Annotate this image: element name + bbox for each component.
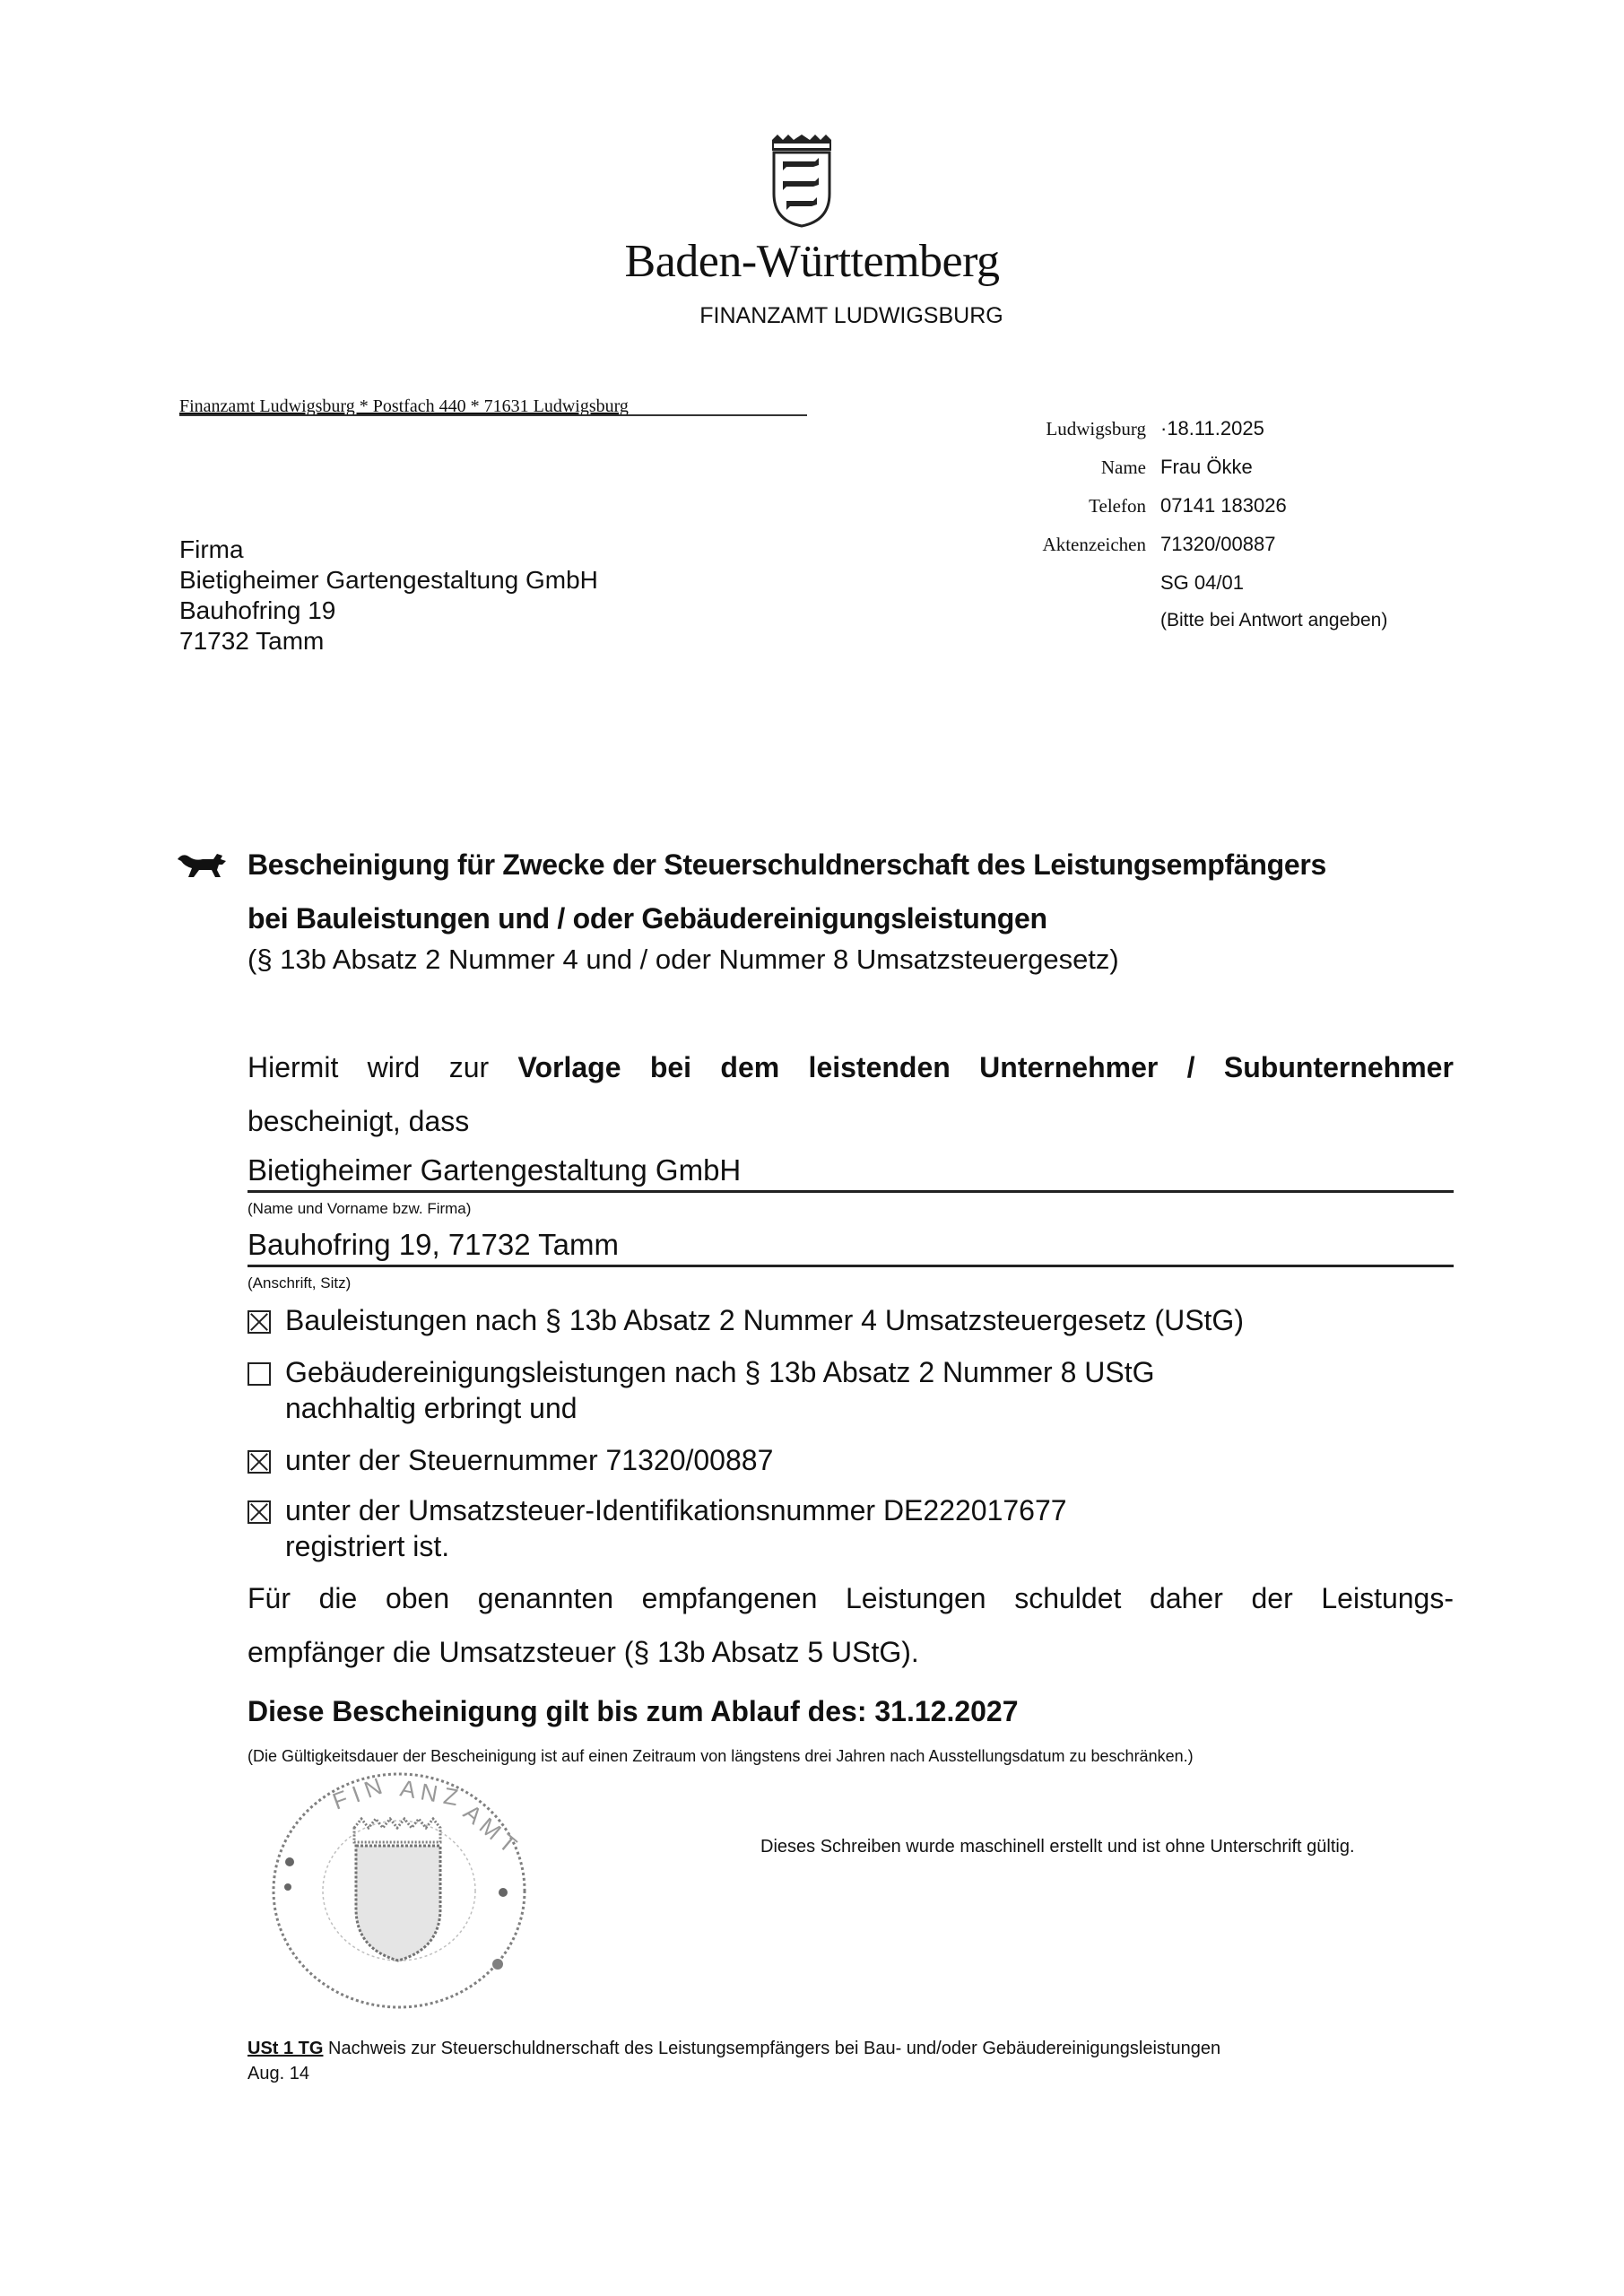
word: schuldet (1014, 1571, 1121, 1625)
info-label: Aktenzeichen (995, 534, 1160, 556)
recipient-line: Firma (179, 535, 598, 565)
form-title: Nachweis zur Steuerschuldnerschaft des L… (328, 2039, 1220, 2058)
word: bei (650, 1040, 691, 1094)
lion-icon (176, 850, 228, 881)
form-reference: USt 1 TG Nachweis zur Steuerschuldnersch… (248, 2036, 1220, 2086)
word: Hiermit (248, 1040, 338, 1094)
info-row-date: Ludwigsburg ·18.11.2025 (995, 417, 1387, 456)
info-row-name: Name Frau Ökke (995, 456, 1387, 494)
return-address-divider (179, 414, 807, 416)
word: Leistungs- (1321, 1571, 1454, 1625)
word: empfangenen (642, 1571, 818, 1625)
checklist-item-vat-id: unter der Umsatzsteuer-Identifikationsnu… (248, 1492, 1067, 1564)
word: die (319, 1571, 358, 1625)
checklist-item-tax-number: unter der Steuernummer 71320/00887 (248, 1442, 773, 1478)
svg-text:A M T: A M T (458, 1799, 522, 1858)
intro-line-1: HiermitwirdzurVorlagebeidemleistendenUnt… (248, 1040, 1454, 1094)
word: der (1251, 1571, 1292, 1625)
checklist-text: Gebäudereinigungsleistungen nach § 13b A… (285, 1354, 1154, 1426)
checklist-line: nachhaltig erbringt und (285, 1390, 1154, 1426)
word: wird (368, 1040, 421, 1094)
word: / (1187, 1040, 1195, 1094)
info-label: Telefon (995, 495, 1160, 517)
info-row-file-number: Aktenzeichen 71320/00887 (995, 533, 1387, 571)
company-name-field: Bietigheimer Gartengestaltung GmbH (Name… (248, 1152, 1454, 1218)
info-block: Ludwigsburg ·18.11.2025 Name Frau Ökke T… (995, 417, 1387, 648)
checklist-line: registriert ist. (285, 1528, 1067, 1564)
info-value: 71320/00887 (1160, 533, 1275, 556)
field-underline (248, 1190, 1454, 1193)
company-name-value: Bietigheimer Gartengestaltung GmbH (248, 1152, 1454, 1188)
official-seal-stamp-icon: F I N A N Z A M T (256, 1756, 560, 2016)
consequence-line-1: FürdieobengenanntenempfangenenLeistungen… (248, 1571, 1454, 1625)
word: zur (449, 1040, 489, 1094)
info-value: ·18.11.2025 (1160, 417, 1264, 440)
recipient-line: Bauhofring 19 (179, 596, 598, 626)
recipient-line: Bietigheimer Gartengestaltung GmbH (179, 565, 598, 596)
checkbox-icon (248, 1310, 271, 1334)
company-address-field: Bauhofring 19, 71732 Tamm (Anschrift, Si… (248, 1227, 1454, 1292)
word: Leistungen (846, 1571, 986, 1625)
checklist-item-construction: Bauleistungen nach § 13b Absatz 2 Nummer… (248, 1302, 1244, 1338)
checklist-line: unter der Steuernummer 71320/00887 (285, 1442, 773, 1478)
word: Für (248, 1571, 291, 1625)
intro-line-2: bescheinigt, dass (248, 1094, 1454, 1148)
word: genannten (478, 1571, 613, 1625)
word: leistenden (809, 1040, 951, 1094)
field-underline (248, 1265, 1454, 1267)
checkbox-icon (248, 1500, 271, 1524)
title-line-2: bei Bauleistungen und / oder Gebäuderein… (248, 891, 1326, 945)
recipient-address: Firma Bietigheimer Gartengestaltung GmbH… (179, 535, 598, 657)
machine-generated-note: Dieses Schreiben wurde maschinell erstel… (760, 1837, 1355, 1857)
word: Unternehmer (979, 1040, 1158, 1094)
word: oben (386, 1571, 449, 1625)
consequence-line-2: empfänger die Umsatzsteuer (§ 13b Absatz… (248, 1625, 1454, 1679)
legal-reference: (§ 13b Absatz 2 Nummer 4 und / oder Numm… (248, 944, 1119, 976)
word: Subunternehmer (1224, 1040, 1454, 1094)
word: dem (720, 1040, 779, 1094)
svg-text:F I N: F I N (329, 1772, 386, 1814)
state-name: Baden-Württemberg (0, 235, 1624, 288)
validity-statement: Diese Bescheinigung gilt bis zum Ablauf … (248, 1695, 1019, 1728)
form-version: Aug. 14 (248, 2061, 1220, 2086)
info-value: Frau Ökke (1160, 456, 1253, 479)
info-value: SG 04/01 (1160, 571, 1244, 595)
document-title: Bescheinigung für Zwecke der Steuerschul… (248, 838, 1326, 945)
checkbox-icon (248, 1362, 271, 1386)
checklist-text: unter der Umsatzsteuer-Identifikationsnu… (285, 1492, 1067, 1564)
coat-of-arms-icon (769, 135, 835, 228)
info-value: (Bitte bei Antwort angeben) (1160, 610, 1387, 631)
checklist-item-cleaning: Gebäudereinigungsleistungen nach § 13b A… (248, 1354, 1154, 1426)
intro-paragraph: HiermitwirdzurVorlagebeidemleistendenUnt… (248, 1040, 1454, 1148)
consequence-paragraph: FürdieobengenanntenempfangenenLeistungen… (248, 1571, 1454, 1679)
checklist-text: Bauleistungen nach § 13b Absatz 2 Nummer… (285, 1302, 1244, 1338)
checklist-line: Bauleistungen nach § 13b Absatz 2 Nummer… (285, 1302, 1244, 1338)
checklist-text: unter der Steuernummer 71320/00887 (285, 1442, 773, 1478)
info-row-note: (Bitte bei Antwort angeben) (995, 610, 1387, 648)
form-code: USt 1 TG (248, 2039, 323, 2058)
checklist-line: unter der Umsatzsteuer-Identifikationsnu… (285, 1492, 1067, 1528)
info-row-phone: Telefon 07141 183026 (995, 494, 1387, 533)
title-line-1: Bescheinigung für Zwecke der Steuerschul… (248, 838, 1326, 891)
form-reference-line: USt 1 TG Nachweis zur Steuerschuldnersch… (248, 2036, 1220, 2061)
office-name: FINANZAMT LUDWIGSBURG (0, 303, 1624, 329)
info-label: Name (995, 457, 1160, 479)
info-value: 07141 183026 (1160, 494, 1287, 517)
svg-text:A N Z: A N Z (398, 1774, 460, 1811)
recipient-line: 71732 Tamm (179, 626, 598, 657)
company-address-value: Bauhofring 19, 71732 Tamm (248, 1227, 1454, 1263)
word: daher (1150, 1571, 1223, 1625)
checklist-line: Gebäudereinigungsleistungen nach § 13b A… (285, 1354, 1154, 1390)
word: Vorlage (517, 1040, 621, 1094)
company-address-caption: (Anschrift, Sitz) (248, 1274, 1454, 1292)
info-row-department: SG 04/01 (995, 571, 1387, 610)
info-label: Ludwigsburg (995, 418, 1160, 440)
company-name-caption: (Name und Vorname bzw. Firma) (248, 1200, 1454, 1218)
checkbox-icon (248, 1450, 271, 1474)
